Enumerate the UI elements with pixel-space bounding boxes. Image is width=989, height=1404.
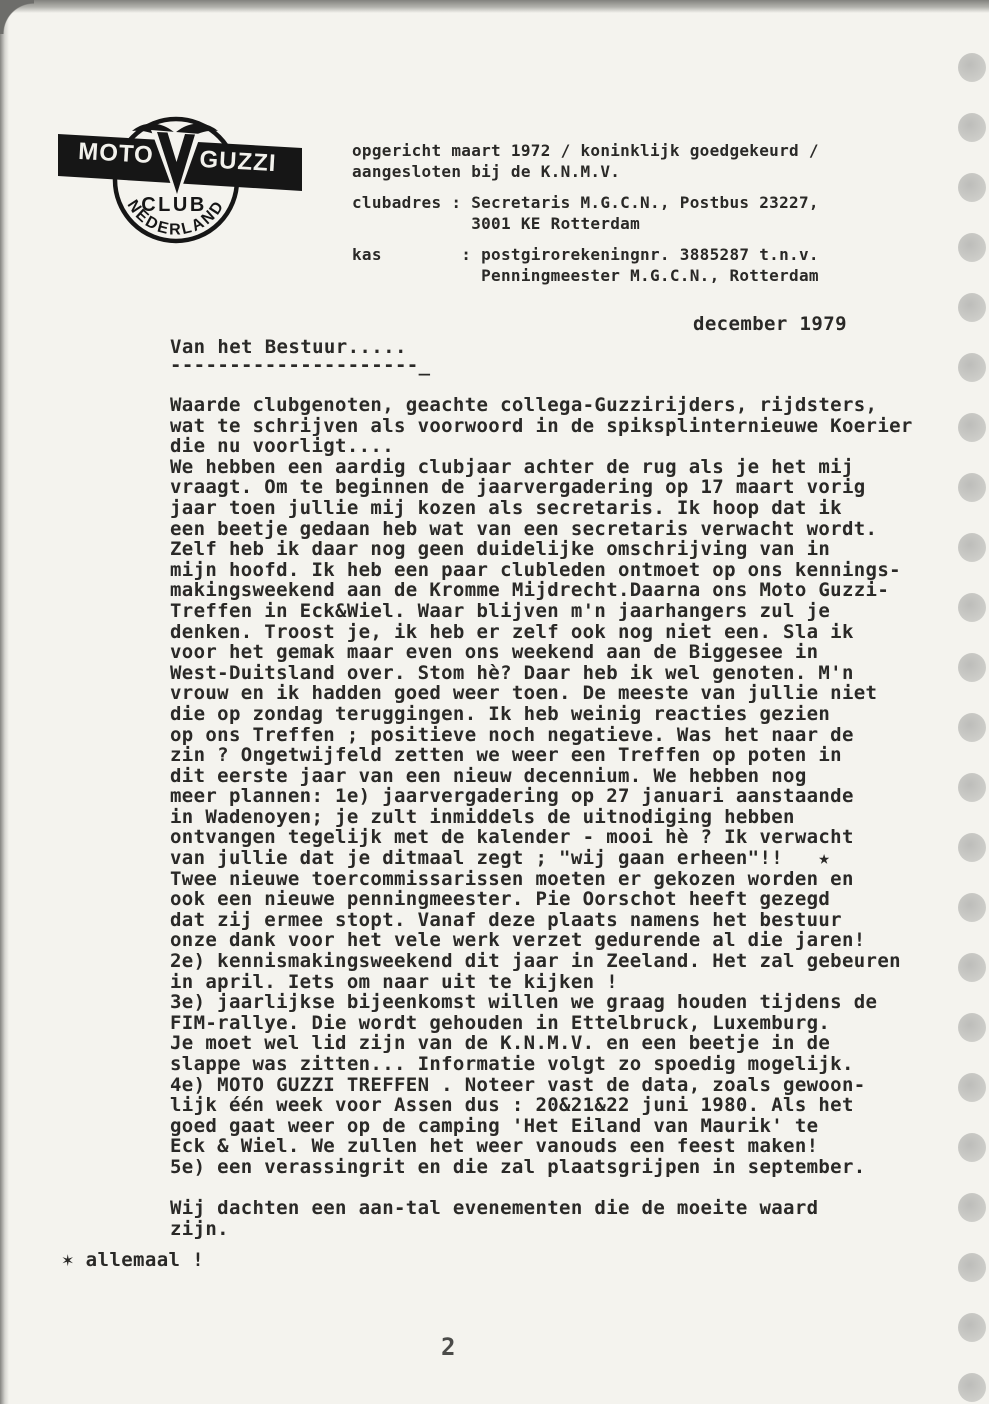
binder-hole <box>958 773 986 802</box>
logo-brand-left: MOTO <box>78 138 155 169</box>
binder-hole <box>958 1013 986 1042</box>
logo-club-word: CLUB <box>141 194 207 216</box>
binder-hole <box>958 893 986 922</box>
binder-hole <box>958 833 986 862</box>
binder-hole <box>958 233 986 262</box>
binder-hole <box>958 293 986 322</box>
binder-hole <box>958 533 986 562</box>
letter-body: Waarde clubgenoten, geachte collega-Guzz… <box>170 395 913 1239</box>
scan-edge-left <box>0 0 9 1404</box>
binder-hole <box>958 1073 986 1102</box>
binder-hole <box>958 953 986 982</box>
binder-hole <box>958 113 986 142</box>
binder-hole <box>958 1373 986 1402</box>
binder-hole <box>958 713 986 742</box>
footnote-allemaal: ✶ allemaal ! <box>62 1249 204 1271</box>
scan-corner-top-left <box>0 0 34 34</box>
binder-hole <box>958 1193 986 1222</box>
issue-date: december 1979 <box>693 313 847 335</box>
club-address: clubadres : Secretaris M.G.C.N., Postbus… <box>352 192 819 234</box>
binder-hole <box>958 473 986 502</box>
binder-hole <box>958 1313 986 1342</box>
binder-hole <box>958 653 986 682</box>
logo-brand-right: GUZZI <box>199 146 277 177</box>
page-number: 2 <box>441 1333 455 1361</box>
binder-hole <box>958 1133 986 1162</box>
binder-hole <box>958 1253 986 1282</box>
binder-hole <box>958 173 986 202</box>
bank-account-info: kas : postgirorekeningnr. 3885287 t.n.v.… <box>352 244 819 286</box>
moto-guzzi-club-logo: MOTO GUZZI CLUB NEDERLAND <box>56 98 308 248</box>
binder-hole <box>958 593 986 622</box>
binder-hole <box>958 413 986 442</box>
scanned-newsletter-page: MOTO GUZZI CLUB NEDERLAND opgericht maar… <box>0 0 989 1404</box>
founding-info: opgericht maart 1972 / koninklijk goedge… <box>352 140 819 182</box>
scan-edge-top <box>0 0 989 13</box>
heading-underline: ---------------------_ <box>170 354 430 376</box>
binder-hole <box>958 353 986 382</box>
binder-hole <box>958 53 986 82</box>
